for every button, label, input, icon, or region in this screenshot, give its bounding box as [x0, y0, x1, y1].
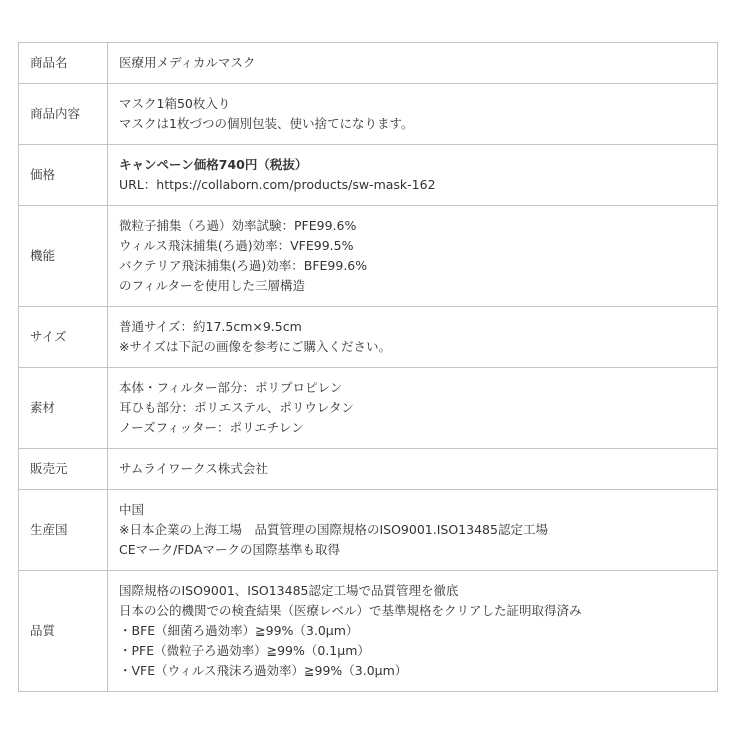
value-line: マスク1箱50枚入り — [119, 94, 706, 114]
row-label: 素材 — [19, 368, 108, 449]
spec-row-country: 生産国 中国 ※日本企業の上海工場 品質管理の国際規格のISO9001.ISO1… — [19, 490, 718, 571]
value-line: 耳ひも部分：ポリエステル、ポリウレタン — [119, 398, 706, 418]
row-label: サイズ — [19, 307, 108, 368]
value-line: 微粒子捕集（ろ過）効率試験：PFE99.6% — [119, 216, 706, 236]
row-value: 普通サイズ：約17.5cm×9.5cm ※サイズは下記の画像を参考にご購入くださ… — [108, 307, 718, 368]
value-line: 中国 — [119, 500, 706, 520]
campaign-price: キャンペーン価格740円（税抜） — [119, 155, 706, 175]
row-label: 機能 — [19, 206, 108, 307]
value-line: 本体・フィルター部分：ポリプロピレン — [119, 378, 706, 398]
row-label: 価格 — [19, 145, 108, 206]
value-line: ※サイズは下記の画像を参考にご購入ください。 — [119, 337, 706, 357]
spec-row-material: 素材 本体・フィルター部分：ポリプロピレン 耳ひも部分：ポリエステル、ポリウレタ… — [19, 368, 718, 449]
value-line: ※日本企業の上海工場 品質管理の国際規格のISO9001.ISO13485認定工… — [119, 520, 706, 540]
spec-row-function: 機能 微粒子捕集（ろ過）効率試験：PFE99.6% ウィルス飛沫捕集(ろ過)効率… — [19, 206, 718, 307]
value-line: ノーズフィッター：ポリエチレン — [119, 418, 706, 438]
row-value: キャンペーン価格740円（税抜） URL：https://collaborn.c… — [108, 145, 718, 206]
row-label: 生産国 — [19, 490, 108, 571]
value-line: ・BFE（細菌ろ過効率）≧99%（3.0μm） — [119, 621, 706, 641]
product-spec-table: 商品名 医療用メディカルマスク 商品内容 マスク1箱50枚入り マスクは1枚づつ… — [18, 42, 718, 692]
row-value: 中国 ※日本企業の上海工場 品質管理の国際規格のISO9001.ISO13485… — [108, 490, 718, 571]
row-value: サムライワークス株式会社 — [108, 449, 718, 490]
value-line: バクテリア飛沫捕集(ろ過)効率：BFE99.6% — [119, 256, 706, 276]
value-line: 普通サイズ：約17.5cm×9.5cm — [119, 317, 706, 337]
value-line: ウィルス飛沫捕集(ろ過)効率：VFE99.5% — [119, 236, 706, 256]
value-line: マスクは1枚づつの個別包装、使い捨てになります。 — [119, 114, 706, 134]
value-line: 日本の公的機関での検査結果（医療レベル）で基準規格をクリアした証明取得済み — [119, 601, 706, 621]
row-label: 品質 — [19, 571, 108, 692]
value-line: ・VFE（ウィルス飛沫ろ過効率）≧99%（3.0μm） — [119, 661, 706, 681]
spec-row-contents: 商品内容 マスク1箱50枚入り マスクは1枚づつの個別包装、使い捨てになります。 — [19, 84, 718, 145]
value-line: 医療用メディカルマスク — [119, 53, 706, 73]
row-label: 商品名 — [19, 43, 108, 84]
spec-row-price: 価格 キャンペーン価格740円（税抜） URL：https://collabor… — [19, 145, 718, 206]
row-value: 国際規格のISO9001、ISO13485認定工場で品質管理を徹底 日本の公的機… — [108, 571, 718, 692]
row-label: 商品内容 — [19, 84, 108, 145]
value-line: ・PFE（微粒子ろ過効率）≧99%（0.1μm） — [119, 641, 706, 661]
value-line: のフィルターを使用した三層構造 — [119, 276, 706, 296]
row-value: 本体・フィルター部分：ポリプロピレン 耳ひも部分：ポリエステル、ポリウレタン ノ… — [108, 368, 718, 449]
value-line: 国際規格のISO9001、ISO13485認定工場で品質管理を徹底 — [119, 581, 706, 601]
value-line: CEマーク/FDAマークの国際基準も取得 — [119, 540, 706, 560]
row-label: 販売元 — [19, 449, 108, 490]
value-line: サムライワークス株式会社 — [119, 459, 706, 479]
spec-row-quality: 品質 国際規格のISO9001、ISO13485認定工場で品質管理を徹底 日本の… — [19, 571, 718, 692]
spec-row-size: サイズ 普通サイズ：約17.5cm×9.5cm ※サイズは下記の画像を参考にご購… — [19, 307, 718, 368]
spec-row-seller: 販売元 サムライワークス株式会社 — [19, 449, 718, 490]
row-value: マスク1箱50枚入り マスクは1枚づつの個別包装、使い捨てになります。 — [108, 84, 718, 145]
product-url: URL：https://collaborn.com/products/sw-ma… — [119, 175, 706, 195]
row-value: 微粒子捕集（ろ過）効率試験：PFE99.6% ウィルス飛沫捕集(ろ過)効率：VF… — [108, 206, 718, 307]
spec-row-product-name: 商品名 医療用メディカルマスク — [19, 43, 718, 84]
row-value: 医療用メディカルマスク — [108, 43, 718, 84]
